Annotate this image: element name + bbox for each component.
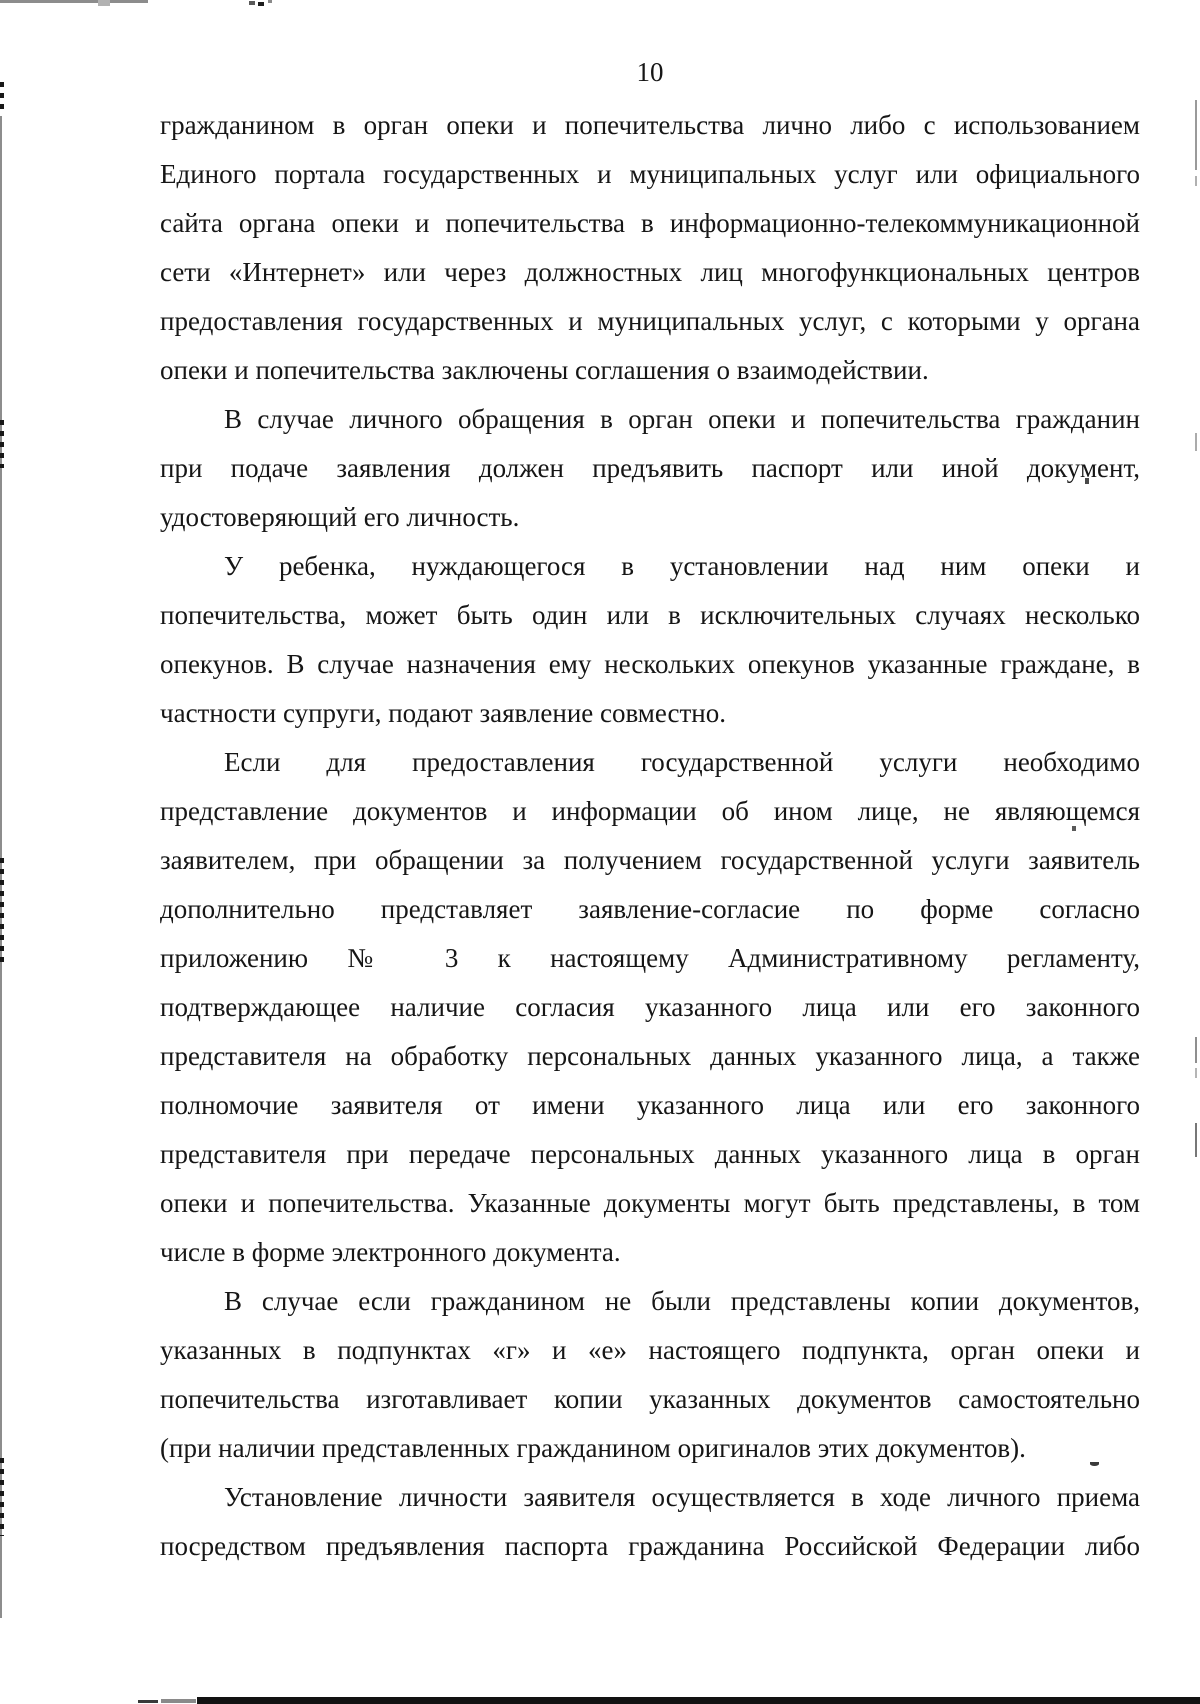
scan-edge-blob-top — [98, 0, 110, 6]
scan-edge-line-right-3 — [1195, 433, 1197, 451]
scan-streak-bottom-1 — [138, 1700, 158, 1703]
scan-tick-marks-left-4 — [0, 1458, 4, 1536]
scan-edge-line-right-2 — [1195, 176, 1197, 186]
scan-tick-marks-left-2 — [0, 420, 4, 468]
text-line: приложению № 3 к настоящему Администрати… — [160, 934, 1140, 983]
scan-speck-top-1 — [249, 1, 255, 5]
page-number: 10 — [160, 57, 1140, 87]
text-line: сети «Интернет» или через должностных ли… — [160, 248, 1140, 297]
scan-streak-bottom-3 — [197, 1697, 1200, 1704]
text-line: опеки и попечительства заключены соглаше… — [160, 346, 1140, 395]
ink-speck-3 — [1090, 1462, 1099, 1466]
text-line: попечительства, может быть один или в ис… — [160, 591, 1140, 640]
scanned-document-page: 10 гражданином в орган опеки и попечител… — [0, 0, 1200, 1704]
text-line: сайта органа опеки и попечительства в ин… — [160, 199, 1140, 248]
text-line: числе в форме электронного документа. — [160, 1228, 1140, 1277]
text-line: заявителем, при обращении за получением … — [160, 836, 1140, 885]
text-line: дополнительно представляет заявление-сог… — [160, 885, 1140, 934]
text-line: представителя при передаче персональных … — [160, 1130, 1140, 1179]
text-line: Единого портала государственных и муници… — [160, 150, 1140, 199]
text-line: удостоверяющий его личность. — [160, 493, 1140, 542]
text-line: Если для предоставления государственной … — [160, 738, 1140, 787]
text-line: предоставления государственных и муницип… — [160, 297, 1140, 346]
text-line: гражданином в орган опеки и попечительст… — [160, 101, 1140, 150]
document-body: гражданином в орган опеки и попечительст… — [160, 101, 1140, 1571]
scan-streak-bottom-2 — [161, 1699, 196, 1703]
text-line: частности супруги, подают заявление совм… — [160, 689, 1140, 738]
text-line: опеки и попечительства. Указанные докуме… — [160, 1179, 1140, 1228]
text-line: указанных в подпунктах «г» и «е» настоящ… — [160, 1326, 1140, 1375]
text-line: полномочие заявителя от имени указанного… — [160, 1081, 1140, 1130]
text-line: попечительства изготавливает копии указа… — [160, 1375, 1140, 1424]
text-line: опекунов. В случае назначения ему нескол… — [160, 640, 1140, 689]
text-line: В случае личного обращения в орган опеки… — [160, 395, 1140, 444]
text-line: представителя на обработку персональных … — [160, 1032, 1140, 1081]
scan-tick-marks-left-3 — [0, 858, 4, 968]
scan-edge-line-right-5 — [1195, 1068, 1197, 1078]
scan-tick-marks-left-1 — [0, 82, 4, 114]
scan-edge-line-top — [0, 0, 148, 3]
scan-speck-top-2 — [258, 2, 264, 6]
scan-edge-line-right-4 — [1195, 1037, 1197, 1063]
text-line: Установление личности заявителя осуществ… — [160, 1473, 1140, 1522]
text-line: В случае если гражданином не были предст… — [160, 1277, 1140, 1326]
text-line: подтверждающее наличие согласия указанно… — [160, 983, 1140, 1032]
ink-speck-2 — [1072, 826, 1076, 831]
text-line: представление документов и информации об… — [160, 787, 1140, 836]
scan-edge-line-right-6 — [1195, 1123, 1197, 1157]
ink-speck-1 — [1085, 478, 1089, 484]
text-line: (при наличии представленных гражданином … — [160, 1424, 1140, 1473]
text-line: У ребенка, нуждающегося в установлении н… — [160, 542, 1140, 591]
scan-speck-top-3 — [268, 0, 272, 3]
text-line: при подаче заявления должен предъявить п… — [160, 444, 1140, 493]
scan-edge-line-right-1 — [1195, 100, 1197, 170]
text-line: посредством предъявления паспорта гражда… — [160, 1522, 1140, 1571]
